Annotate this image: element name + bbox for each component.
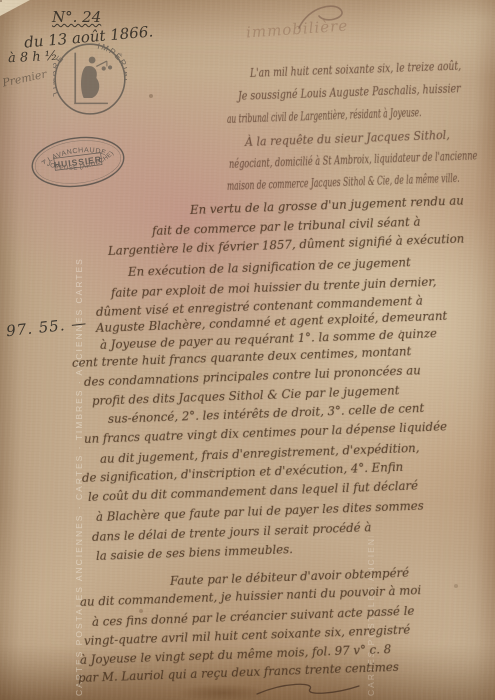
manuscript-line: à Blachère que faute par lui de payer le… [96, 499, 424, 524]
act-time: à 8 h ½ [8, 49, 58, 67]
manuscript-line: À la requête du sieur Jacques Sithol, [245, 128, 450, 149]
watermark-left: CARTES POSTALES ANCIENNES · CARTES · TIM… [74, 140, 88, 696]
manuscript-line: dans le délai de trente jours il serait … [92, 520, 372, 544]
svg-text:IMPÉRIAL: IMPÉRIAL [97, 41, 127, 85]
stamp-text-right: IMPÉRIAL [97, 41, 127, 85]
signature-paraph-icon [255, 680, 365, 698]
svg-text:TIMBRE: TIMBRE [53, 53, 66, 98]
manuscript-line: En vertu de la grosse d'un jugement rend… [190, 193, 464, 217]
ink-flourish-icon [295, 2, 359, 32]
timbre-imperial-stamp-icon: TIMBRE IMPÉRIAL [53, 40, 127, 116]
justice-figure-icon [74, 53, 112, 104]
paper-specks [0, 0, 2, 2]
stamp-text-left: TIMBRE [53, 53, 66, 98]
manuscript-line: au tribunal civil de Largentière, résida… [227, 105, 422, 126]
manuscript-line: la saisie de ses biens immeubles. [96, 542, 293, 563]
manuscript-line: L'an mil huit cent soixante six, le trei… [250, 59, 461, 80]
manuscript-page: N°. 24 du 13 août 1866. à 8 h ½ Premier … [0, 0, 495, 700]
act-number: N°. 24 [52, 8, 101, 26]
paper-corner [0, 0, 30, 16]
clerk-note: Premier [1, 67, 48, 89]
manuscript-line: Je soussigné Louis Auguste Paschalis, hu… [238, 81, 461, 103]
manuscript-line: négociant, domicilié à St Ambroix, liqui… [229, 148, 478, 171]
manuscript-line: maison de commerce Jacques Sithol & Cie,… [227, 171, 460, 193]
manuscript-line: En exécution de la signification de ce j… [128, 255, 411, 279]
